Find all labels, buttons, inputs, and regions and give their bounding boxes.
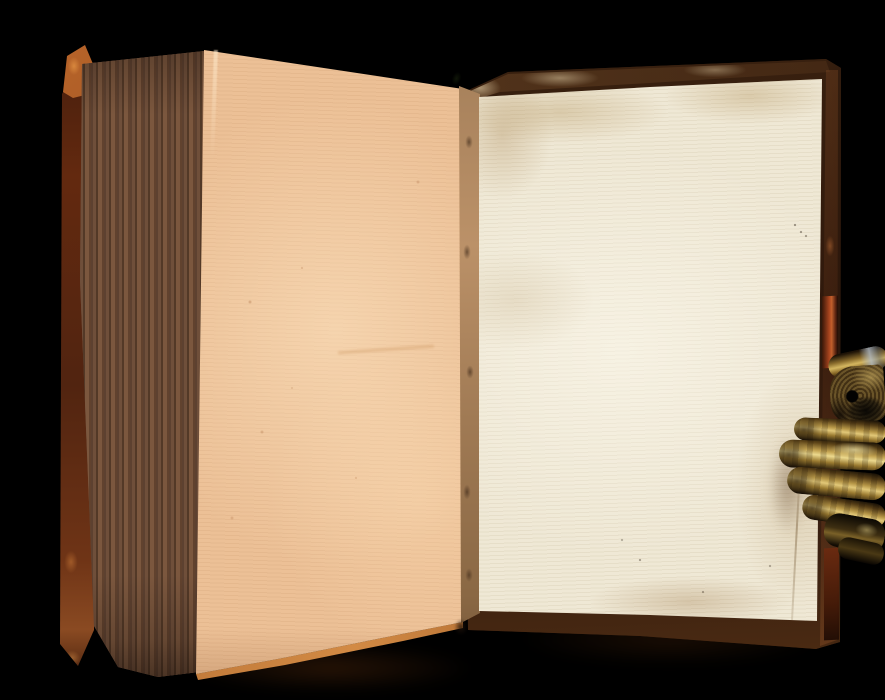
brass-finger <box>779 439 885 471</box>
photo-stage <box>0 0 885 700</box>
brass-finger <box>786 466 885 502</box>
brass-hand <box>0 0 885 700</box>
